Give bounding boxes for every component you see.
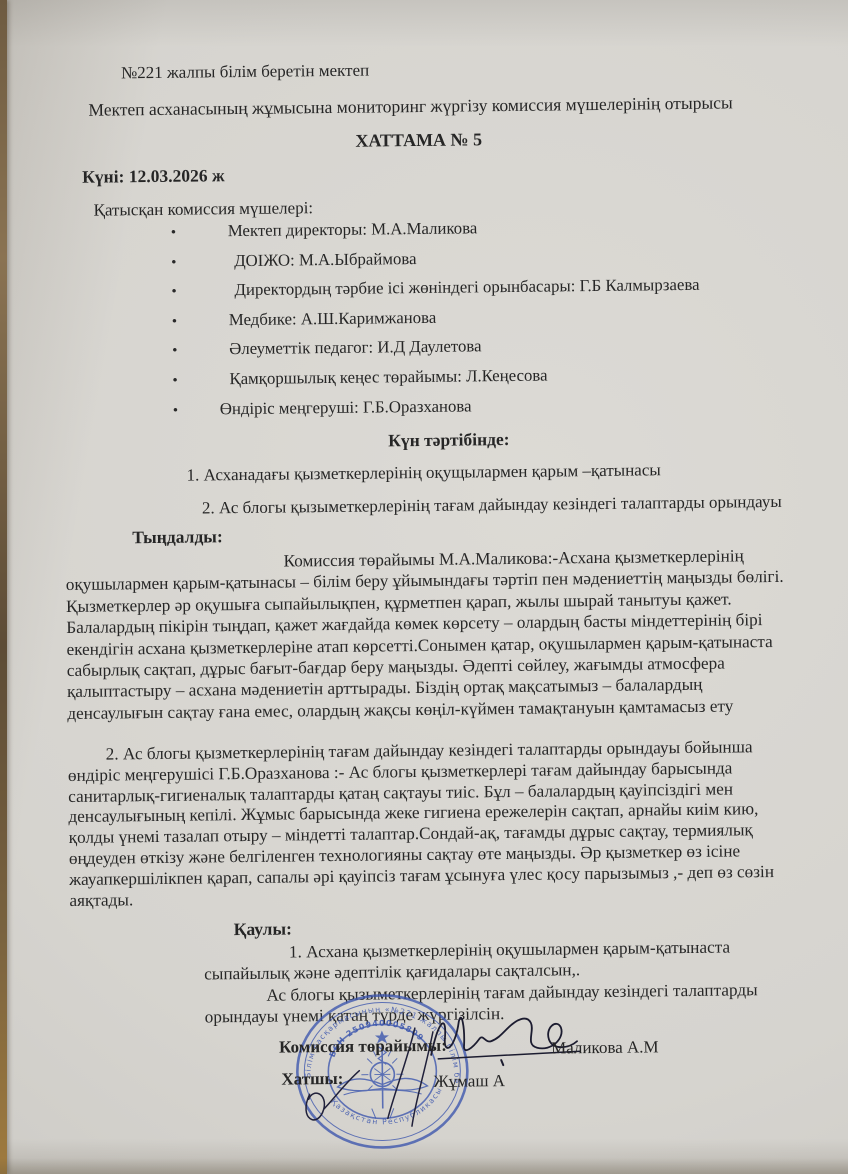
bullet-icon: •	[171, 254, 228, 272]
bullet-icon: •	[172, 372, 229, 390]
heard-paragraph-2: 2. Ас блогы қызметкерлерінің тағам дайын…	[68, 737, 806, 912]
attendee-text: Директордың тәрбие ісі жөніндегі орынбас…	[234, 275, 699, 300]
attendee-text: Қамқоршылық кеңес төрайымы: Л.Кеңесова	[229, 366, 547, 390]
table-shadow	[0, 1158, 848, 1174]
agenda-heading: Күн тәртібінде:	[388, 429, 510, 451]
bullet-icon: •	[171, 224, 228, 242]
attendees-heading: Қатысқан комиссия мүшелері:	[93, 198, 313, 220]
attendee-text: Өндіріс меңгеруші: Г.Б.Оразханова	[220, 396, 472, 419]
photo-of-document: №221 жалпы білім беретін мектеп Мектеп а…	[0, 0, 848, 1174]
secretary-signature-label: Хатшы:	[281, 1069, 343, 1089]
bullet-icon: •	[173, 402, 220, 420]
attendee-text: Медбике: А.Ш.Каримжанова	[229, 308, 437, 330]
chair-signature-label: Комиссия төрайымы:	[279, 1036, 447, 1057]
agenda-item-2: 2. Ас блогы қызыметкерлерінің тағам дайы…	[202, 492, 782, 519]
school-name-line: №221 жалпы білім беретін мектеп	[121, 61, 369, 84]
date-line: Күні: 12.03.2026 ж	[82, 165, 225, 188]
bullet-icon: •	[172, 343, 229, 361]
attendee-text: Әлеуметтік педагог: И.Д Даулетова	[229, 337, 482, 360]
bullet-icon: •	[172, 313, 229, 331]
attendees-list: •Мектеп директоры: М.А.Маликова •ДОІЖО: …	[171, 216, 701, 429]
decision-item-1: 1. Асхана қызметкерлерінің оқушылармен қ…	[204, 936, 804, 985]
decision-heading: Қаулы:	[234, 918, 292, 940]
secretary-name: Жұмаш А	[433, 1071, 505, 1092]
attendee-text: Мектеп директоры: М.А.Маликова	[228, 218, 478, 241]
signature-row-secretary: Хатшы:	[281, 1069, 343, 1090]
attendee-text: ДОІЖО: М.А.Ыбраймова	[234, 249, 417, 271]
meeting-subject-line: Мектеп асханасының жұмысына мониторинг ж…	[88, 92, 732, 120]
list-item: •Өндіріс меңгеруші: Г.Б.Оразханова	[173, 393, 701, 429]
bullet-icon: •	[171, 283, 228, 301]
heard-paragraph-1: Комиссия төрайымы М.А.Маликова:-Асхана қ…	[65, 545, 799, 725]
agenda-item-1: 1. Асханадағы қызметкерлерінің оқущыларм…	[186, 460, 660, 485]
document-page: №221 жалпы білім беретін мектеп Мектеп а…	[0, 0, 848, 1174]
chair-name: Маликова А.М	[551, 1037, 659, 1058]
protocol-title: ХАТТАМА № 5	[0, 125, 843, 156]
signature-row-chair: Комиссия төрайымы:	[279, 1036, 447, 1058]
heard-heading: Тыңдалды:	[132, 526, 223, 548]
